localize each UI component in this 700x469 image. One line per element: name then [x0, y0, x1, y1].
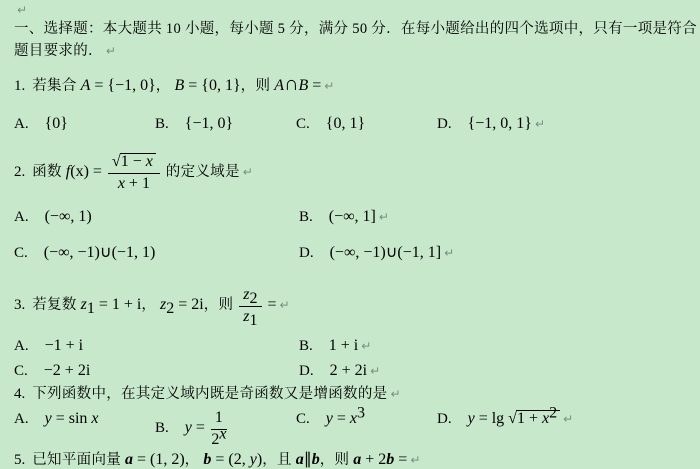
- fraction-numerator: z2: [239, 285, 261, 307]
- section-header-text-1: 一、选择题：本大题共 10 小题，每小题 5 分，满分 50 分．在每小题给出的…: [14, 21, 697, 37]
- paragraph-mark-icon: ↵: [243, 165, 253, 179]
- equals-sign: =: [308, 77, 321, 94]
- paragraph-mark-icon: ↵: [535, 117, 545, 131]
- question-3-options-row-2: C.−2 + 2i D.2 + 2i↵: [14, 360, 700, 383]
- question-4-text: 下列函数中，在其定义域内既是奇函数又是增函数的是: [32, 386, 387, 402]
- numerator-value: 1: [215, 409, 223, 426]
- question-1-number: 1.: [14, 78, 25, 94]
- set-a-value: = {−1, 0}: [90, 77, 155, 94]
- denominator-variable: x: [118, 175, 125, 192]
- radicand-number: 1 −: [121, 153, 146, 170]
- question-1-lead: 若集合: [32, 78, 80, 94]
- then-text: ，则: [320, 452, 354, 468]
- option-c-label: C.: [14, 245, 28, 261]
- option-b-label: B.: [155, 420, 169, 436]
- vector-b-y-variable: y: [250, 451, 257, 468]
- vector-b-value-open: = (2,: [211, 451, 249, 468]
- separator: ，: [156, 78, 175, 94]
- option-c: C.{0, 1}: [296, 113, 437, 136]
- option-a: A.(−∞, 1): [14, 206, 299, 229]
- sin-text: = sin: [52, 410, 92, 427]
- document-page[interactable]: ↵ 一、选择题：本大题共 10 小题，每小题 5 分，满分 50 分．在每小题给…: [0, 0, 700, 469]
- question-2-options-row-2: C.(−∞, −1)∪(−1, 1) D.(−∞, −1)∪(−1, 1]↵: [14, 242, 700, 265]
- option-d-value: 2 + 2i: [330, 362, 367, 379]
- option-a-value: (−∞, 1): [45, 208, 92, 225]
- parallel-b: b: [312, 451, 320, 468]
- denominator-rest: + 1: [125, 175, 150, 192]
- radicand-number: 1 +: [517, 410, 542, 427]
- option-d-label: D.: [437, 411, 452, 427]
- paragraph-mark-icon: ↵: [280, 298, 290, 312]
- paragraph-mark-icon: ↵: [390, 387, 400, 401]
- option-a-label: A.: [14, 116, 29, 132]
- equals-sign: =: [264, 296, 277, 313]
- sqrt-expression: √1 − x: [112, 155, 156, 170]
- option-d: D.2 + 2i↵: [299, 360, 380, 383]
- section-header-line-2: 题目要求的．↵: [14, 40, 700, 62]
- option-d: D.(−∞, −1)∪(−1, 1]↵: [299, 242, 454, 265]
- question-2-options-row-1: A.(−∞, 1) B.(−∞, 1]↵: [14, 206, 700, 229]
- option-c-value: (−∞, −1)∪(−1, 1): [44, 244, 156, 261]
- fraction: z2z1: [239, 285, 261, 327]
- option-c: C.−2 + 2i: [14, 360, 299, 383]
- option-d-label: D.: [437, 116, 452, 132]
- lg-text: = lg: [475, 410, 508, 427]
- option-c-value: −2 + 2i: [44, 362, 91, 379]
- option-c-label: C.: [296, 116, 310, 132]
- vector-a-value: = (1, 2): [133, 451, 185, 468]
- option-d: D.y = lg √1 + x2↵: [437, 408, 573, 450]
- radicand-exponent: 2: [549, 404, 557, 421]
- option-a-value: −1 + i: [45, 337, 84, 354]
- radicand: 1 − x: [120, 153, 156, 170]
- question-2-stem: 2.函数 f(x) = √1 − xx + 1 的定义域是↵: [14, 152, 700, 194]
- option-a-value: {0}: [45, 115, 68, 132]
- paragraph-mark-icon: ↵: [379, 210, 389, 224]
- option-a-label: A.: [14, 209, 29, 225]
- option-b: B.(−∞, 1]↵: [299, 206, 389, 229]
- option-c-label: C.: [14, 363, 28, 379]
- numerator-subscript: 2: [250, 290, 258, 307]
- fraction-denominator: z1: [239, 307, 261, 326]
- option-a-label: A.: [14, 411, 29, 427]
- paragraph-mark-icon: ↵: [361, 339, 371, 353]
- fraction-denominator: 2x: [211, 430, 227, 449]
- question-3-options-row-1: A.−1 + i B.1 + i↵: [14, 335, 700, 358]
- vector-a-variable: a: [125, 451, 133, 468]
- parallel-a: a: [296, 451, 304, 468]
- option-a: A.−1 + i: [14, 335, 299, 358]
- and-text: ，且: [262, 452, 296, 468]
- paragraph-mark-icon: ↵: [410, 453, 420, 467]
- option-b: B.{−1, 0}: [155, 113, 296, 136]
- expr-plus: + 2: [361, 451, 386, 468]
- option-a: A.{0}: [14, 113, 155, 136]
- option-d-label: D.: [299, 245, 314, 261]
- option-d-value: {−1, 0, 1}: [468, 115, 532, 132]
- z2-value: = 2i: [174, 296, 203, 313]
- z1-subscript: 1: [87, 300, 95, 317]
- intersection-icon: ∩: [284, 73, 298, 95]
- fraction: √1 − xx + 1: [108, 152, 160, 194]
- intersection-a: A: [274, 77, 284, 94]
- option-b-label: B.: [155, 116, 169, 132]
- z1-value: = 1 + i: [95, 296, 142, 313]
- sqrt-expression: √1 + x2: [508, 412, 560, 427]
- separator: ，: [185, 452, 204, 468]
- then-text: ，则: [241, 78, 275, 94]
- expr-equals: =: [394, 451, 407, 468]
- separator: ，: [141, 297, 160, 313]
- paragraph-mark-icon: ↵: [370, 364, 380, 378]
- radicand: 1 + x2: [516, 410, 560, 427]
- question-2-post: 的定义域是: [162, 164, 240, 180]
- parallel-icon: ∥: [304, 451, 312, 468]
- equals-sign: =: [192, 419, 209, 436]
- option-d-label: D.: [299, 363, 314, 379]
- equals-sign: =: [333, 410, 350, 427]
- option-c: C.(−∞, −1)∪(−1, 1): [14, 242, 299, 265]
- question-3-number: 3.: [14, 297, 25, 313]
- option-a: A.y = sin x: [14, 408, 155, 450]
- paragraph-mark-icon: ↵: [106, 44, 116, 58]
- option-b: B.1 + i↵: [299, 335, 371, 358]
- option-d-value: (−∞, −1)∪(−1, 1]: [330, 244, 442, 261]
- fraction: 12x: [211, 408, 227, 450]
- question-5-number: 5.: [14, 452, 25, 468]
- question-2-number: 2.: [14, 164, 25, 180]
- section-header: 一、选择题：本大题共 10 小题，每小题 5 分，满分 50 分．在每小题给出的…: [14, 18, 700, 62]
- set-b-value: = {0, 1}: [184, 77, 240, 94]
- set-a-variable: A: [81, 77, 91, 94]
- denominator-exponent: x: [219, 425, 226, 442]
- x-variable: x: [91, 410, 98, 427]
- option-b-value: {−1, 0}: [185, 115, 233, 132]
- option-c: C.y = x3: [296, 408, 437, 450]
- option-b-label: B.: [299, 338, 313, 354]
- question-2-lead: 函数: [32, 164, 66, 180]
- exponent: 3: [357, 404, 365, 421]
- function-args: (x) =: [70, 163, 106, 180]
- option-a-label: A.: [14, 338, 29, 354]
- question-5-stem: 5.已知平面向量 a = (1, 2)， b = (2, y)，且 a∥b，则 …: [14, 449, 700, 469]
- then-text: ，则: [204, 297, 238, 313]
- option-b-label: B.: [299, 209, 313, 225]
- question-3-lead: 若复数: [32, 297, 80, 313]
- question-1-options: A.{0} B.{−1, 0} C.{0, 1} D.{−1, 0, 1}↵: [14, 113, 700, 136]
- paragraph-mark-icon: ↵: [444, 246, 454, 260]
- question-4-stem: 4.下列函数中，在其定义域内既是奇函数又是增函数的是↵: [14, 383, 700, 406]
- radicand-variable: x: [146, 153, 153, 170]
- option-b-value: (−∞, 1]: [329, 208, 376, 225]
- question-3-stem: 3.若复数 z1 = 1 + i， z2 = 2i，则 z2z1 =↵: [14, 285, 700, 327]
- question-4-options: A.y = sin x B.y = 12x C.y = x3 D.y = lg …: [14, 408, 700, 450]
- option-d: D.{−1, 0, 1}↵: [437, 113, 545, 136]
- paragraph-mark-icon: ↵: [563, 412, 573, 426]
- question-1-stem: 1.若集合 A = {−1, 0}， B = {0, 1}，则 A∩B =↵: [14, 74, 700, 99]
- paragraph-mark-icon: ↵: [324, 79, 334, 93]
- question-5-lead: 已知平面向量: [32, 452, 125, 468]
- y-variable: y: [326, 410, 333, 427]
- fraction-denominator: x + 1: [108, 174, 160, 193]
- section-header-text-2: 题目要求的．: [14, 43, 103, 59]
- y-variable: y: [45, 410, 52, 427]
- option-b-value: 1 + i: [329, 337, 358, 354]
- option-c-label: C.: [296, 411, 310, 427]
- intersection-b: B: [298, 77, 308, 94]
- x-variable: x: [350, 410, 357, 427]
- set-b-variable: B: [175, 77, 185, 94]
- y-variable: y: [185, 419, 192, 436]
- fraction-numerator: √1 − x: [108, 152, 160, 174]
- option-c-value: {0, 1}: [326, 115, 365, 132]
- paragraph-mark-icon: ↵: [17, 3, 27, 17]
- section-header-line-1: 一、选择题：本大题共 10 小题，每小题 5 分，满分 50 分．在每小题给出的…: [14, 18, 700, 40]
- y-variable: y: [468, 410, 475, 427]
- empty-paragraph: ↵: [14, 2, 700, 18]
- question-4-number: 4.: [14, 386, 25, 402]
- denominator-subscript: 1: [250, 312, 258, 329]
- option-b: B.y = 12x: [155, 408, 296, 450]
